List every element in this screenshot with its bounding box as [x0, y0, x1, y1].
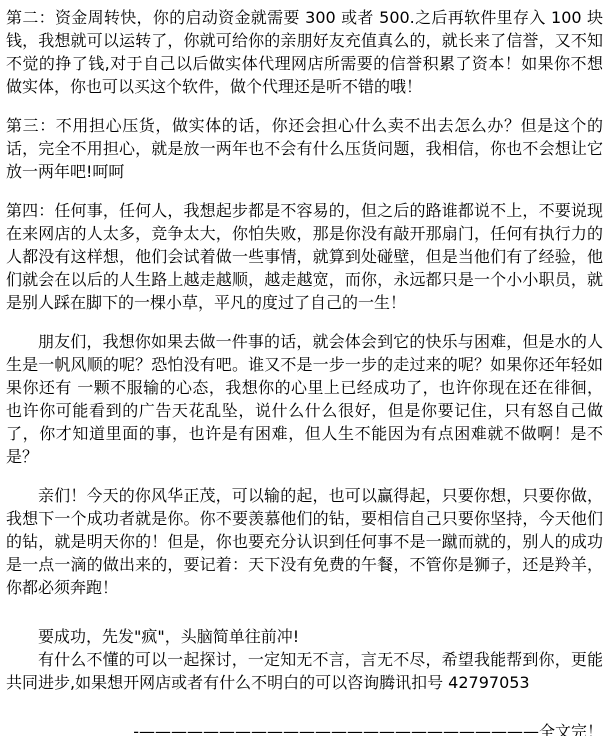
paragraph-point-4: 第四：任何事，任何人，我想起步都是不容易的，但之后的路谁都说不上，不要说现在来网…: [6, 199, 603, 314]
document-page: 第二：资金周转快，你的启动资金就需要 300 或者 500.之后再软件里存入 1…: [0, 0, 611, 736]
paragraph-contact: 有什么不懂的可以一起探讨，一定知无不言，言无不尽，希望我能帮到你，更能共同进步,…: [6, 648, 603, 694]
paragraph-point-2: 第二：资金周转快，你的启动资金就需要 300 或者 500.之后再软件里存入 1…: [6, 6, 603, 98]
paragraph-point-3: 第三：不用担心压货，做实体的话，你还会担心什么卖不出去怎么办？但是这个的话，完全…: [6, 114, 603, 183]
paragraph-friends: 朋友们，我想你如果去做一件事的话，就会体会到它的快乐与困难，但是水的人生是一帆风…: [6, 330, 603, 468]
end-of-text-line: -—————————————————————————全文完！: [6, 720, 603, 736]
paragraph-dears: 亲们！今天的你风华正茂，可以输的起，也可以赢得起，只要你想，只要你做，我想下一个…: [6, 484, 603, 599]
paragraph-slogan: 要成功，先发"疯"，头脑简单往前冲!: [6, 625, 603, 648]
